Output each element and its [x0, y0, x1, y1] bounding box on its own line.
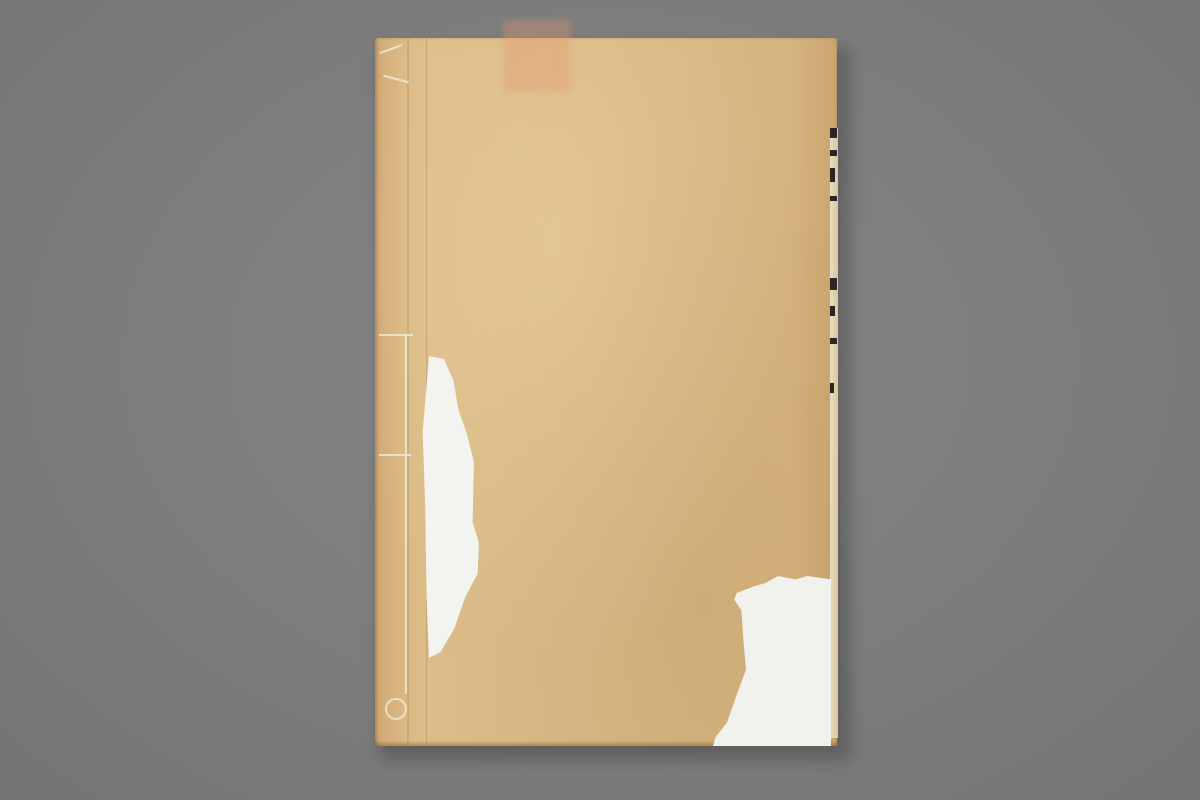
book [375, 38, 837, 746]
fore-edge-pages [830, 128, 838, 738]
edge-text-mark [830, 128, 837, 138]
red-seal-stamp [503, 20, 571, 92]
spine-crease [407, 38, 409, 746]
binding-thread [379, 454, 411, 456]
binding-thread-knot [385, 698, 407, 720]
binding-thread [405, 334, 407, 694]
edge-text-mark [830, 168, 835, 182]
edge-text-mark [830, 383, 834, 393]
edge-text-mark [830, 306, 835, 316]
edge-text-mark [830, 150, 837, 156]
edge-text-mark [830, 278, 837, 290]
edge-text-mark [830, 196, 837, 201]
binding-thread [379, 334, 413, 336]
edge-text-mark [830, 338, 837, 344]
